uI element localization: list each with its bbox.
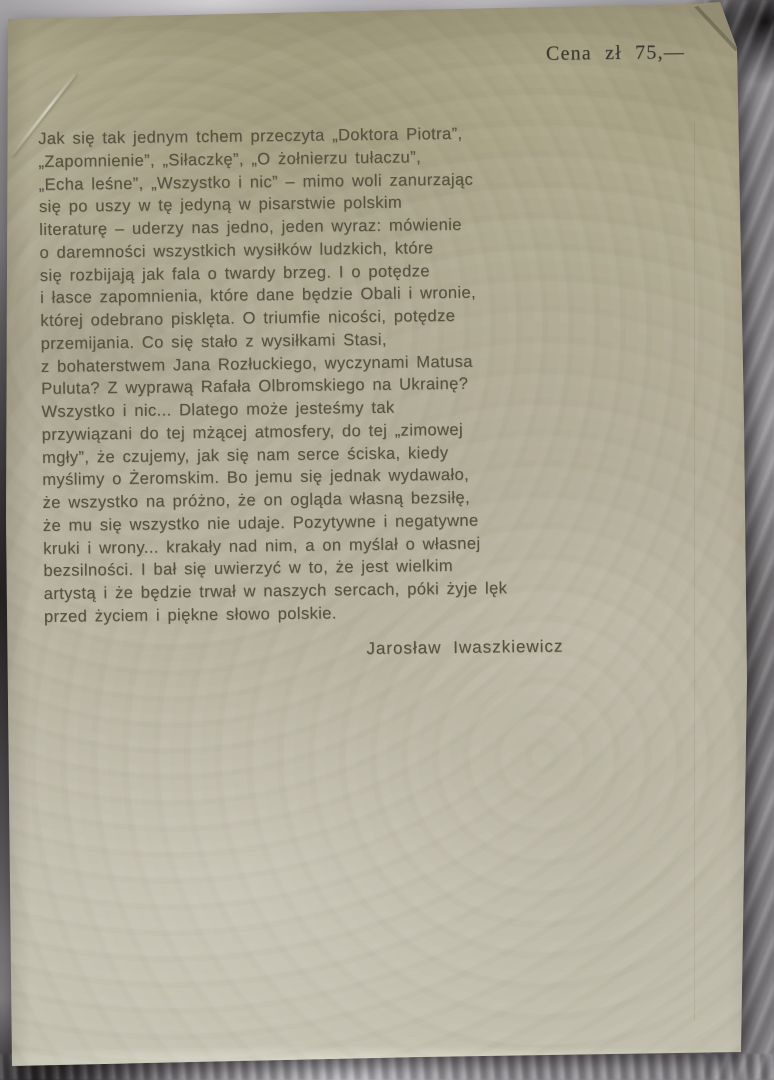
photo-of-book-back-cover: Cena zł 75,— Jak się tak jednym tchem pr…: [0, 0, 774, 1080]
price-label: Cena zł 75,—: [546, 41, 685, 65]
book-cover-wrapper: Cena zł 75,— Jak się tak jednym tchem pr…: [0, 0, 774, 1080]
blurb-text: Jak się tak jednym tchem przeczyta „Dokt…: [38, 121, 605, 664]
author-signature: Jarosław Iwaszkiewicz: [366, 635, 604, 661]
book-back-cover: Cena zł 75,— Jak się tak jednym tchem pr…: [0, 0, 774, 1080]
crease-mark-right: [694, 120, 695, 1020]
